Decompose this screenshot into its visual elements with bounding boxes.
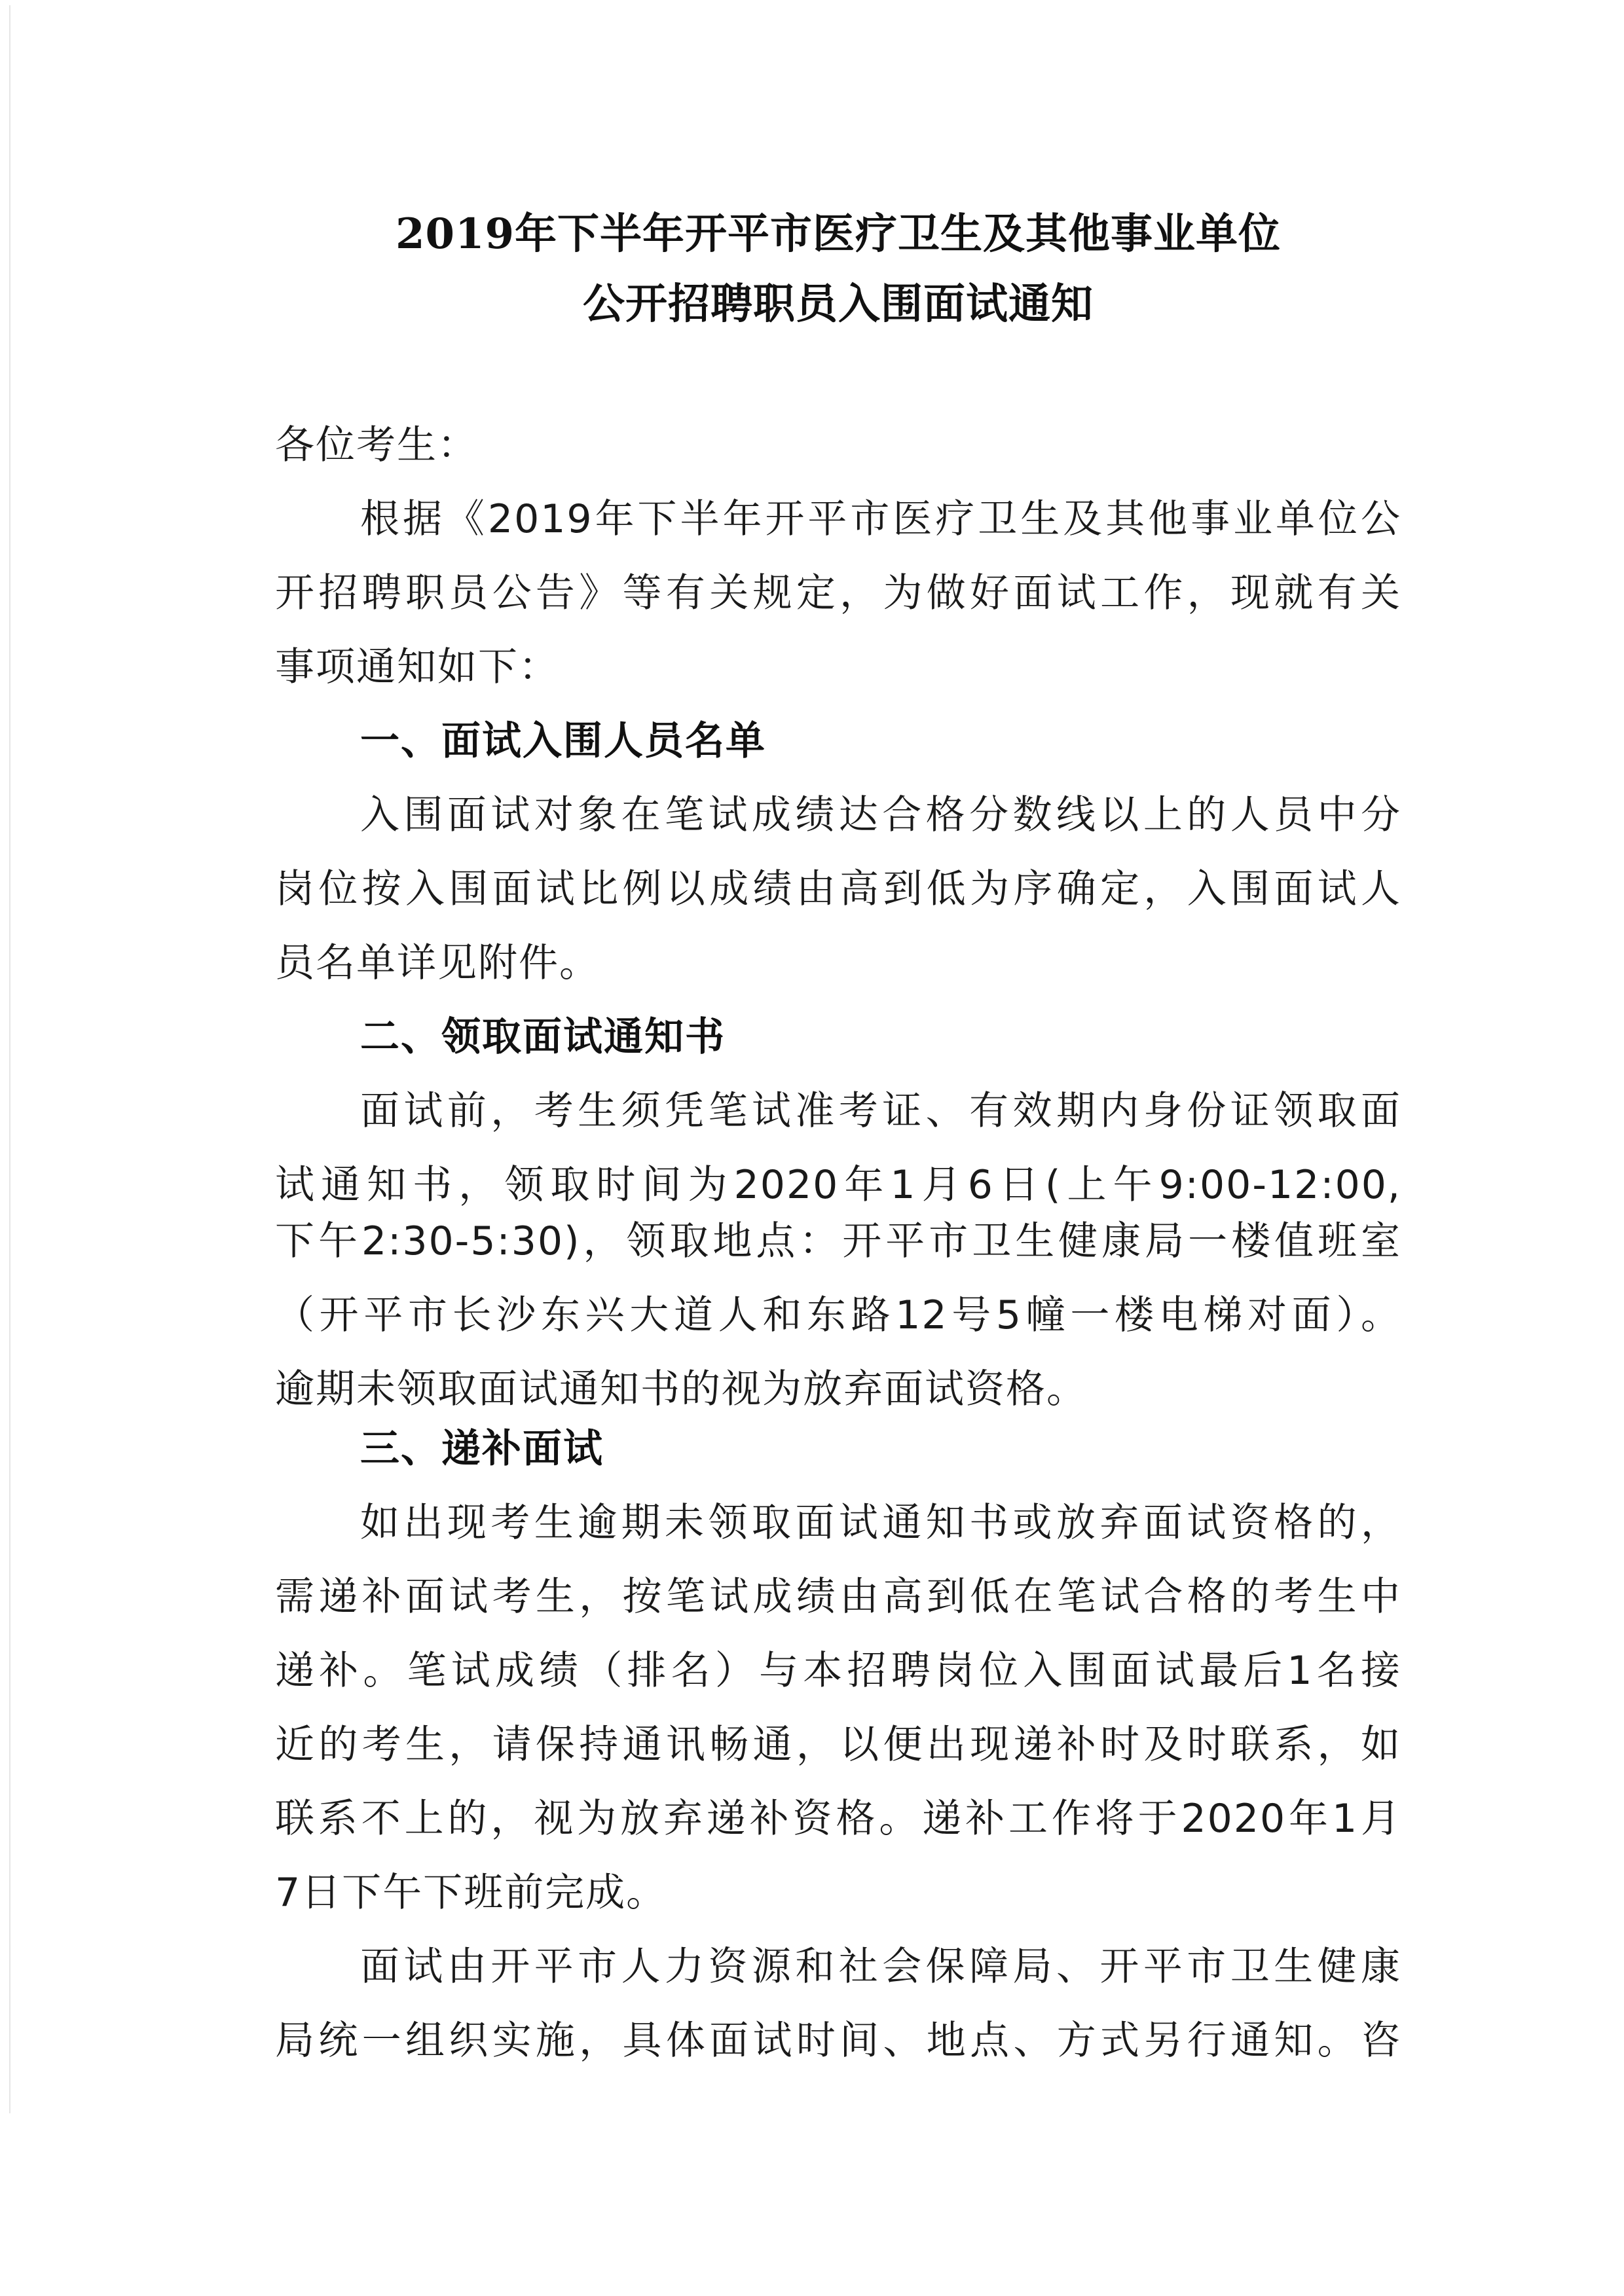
section-3-line-3: 递补。笔试成绩（排名）与本招聘岗位入围面试最后1名接 [275,1645,1401,1697]
closing-line-2: 局统一组织实施，具体面试时间、地点、方式另行通知。咨 [275,2014,1401,2067]
section-1-line-2: 岗位按入围面试比例以成绩由高到低为序确定，入围面试人 [275,863,1401,915]
section-3-line-5: 联系不上的，视为放弃递补资格。递补工作将于2020年1月 [275,1793,1401,1845]
intro-line-1: 根据《2019年下半年开平市医疗卫生及其他事业单位公 [275,493,1401,545]
document-title-line-2: 公开招聘职员入围面试通知 [275,278,1401,331]
section-3-line-1: 如出现考生逾期未领取面试通知书或放弃面试资格的， [275,1497,1401,1549]
section-2-line-1: 面试前，考生须凭笔试准考证、有效期内身份证领取面 [275,1085,1401,1137]
section-1-line-3: 员名单详见附件。 [275,937,1401,989]
section-1-heading: 一、面试入围人员名单 [275,715,1401,767]
section-2-line-4: （开平市长沙东兴大道人和东路12号5幢一楼电梯对面）。 [275,1289,1401,1341]
section-3-line-6: 7日下午下班前完成。 [275,1867,1401,1919]
scan-edge-shadow [9,5,10,2113]
section-2-line-5: 逾期未领取面试通知书的视为放弃面试资格。 [275,1363,1401,1415]
document-title-line-1: 2019年下半年开平市医疗卫生及其他事业单位 [275,208,1401,261]
section-3-line-2: 需递补面试考生，按笔试成绩由高到低在笔试合格的考生中 [275,1571,1401,1623]
section-3-heading: 三、递补面试 [275,1423,1401,1475]
closing-line-1: 面试由开平市人力资源和社会保障局、开平市卫生健康 [275,1941,1401,1993]
salutation: 各位考生： [275,419,1401,471]
section-2-heading: 二、领取面试通知书 [275,1011,1401,1063]
intro-line-3: 事项通知如下： [275,641,1401,693]
section-1-line-1: 入围面试对象在笔试成绩达合格分数线以上的人员中分 [275,789,1401,841]
section-2-line-2: 试通知书，领取时间为2020年1月6日(上午9:00-12:00, [275,1159,1401,1211]
section-2-line-3: 下午2:30-5:30)，领取地点：开平市卫生健康局一楼值班室 [275,1215,1401,1267]
section-3-line-4: 近的考生，请保持通讯畅通，以便出现递补时及时联系，如 [275,1719,1401,1771]
intro-line-2: 开招聘职员公告》等有关规定，为做好面试工作，现就有关 [275,567,1401,619]
